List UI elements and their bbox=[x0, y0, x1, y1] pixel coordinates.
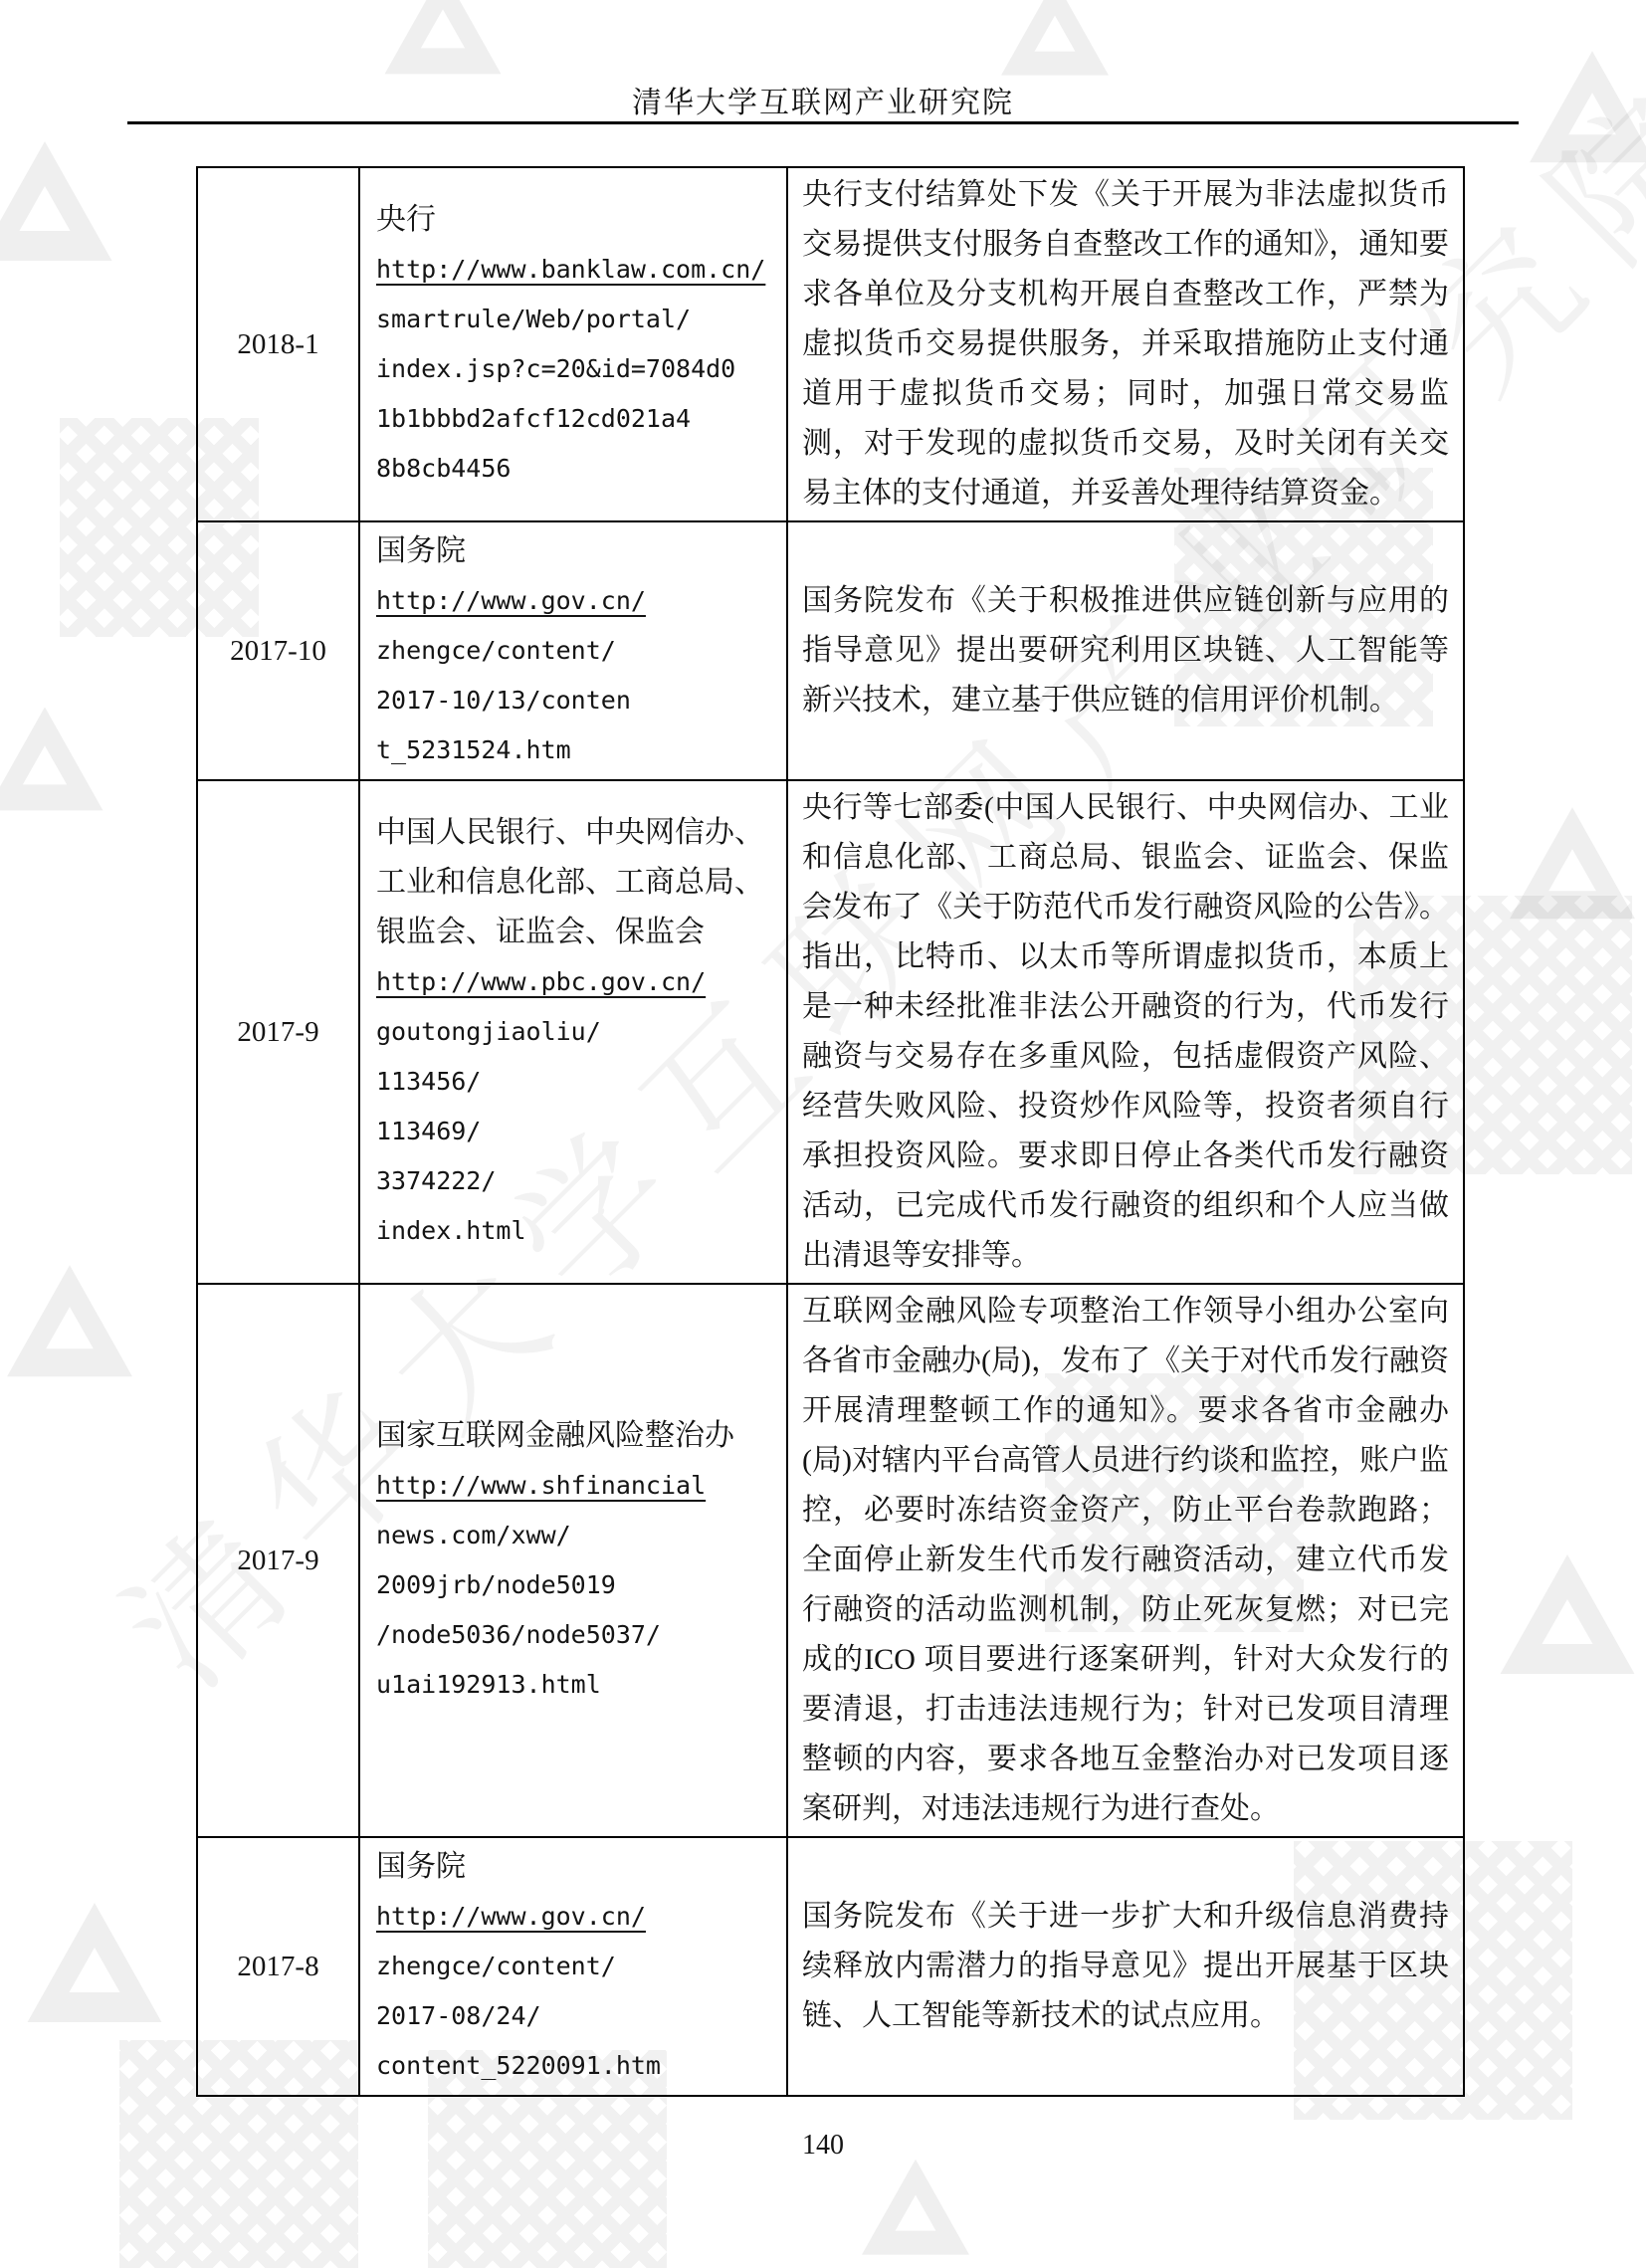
description-cell: 互联网金融风险专项整治工作领导小组办公室向各省市金融办(局)，发布了《关于对代币… bbox=[787, 1284, 1464, 1837]
source-org: 中国人民银行、中央网信办、工业和信息化部、工商总局、银监会、证监会、保监会 bbox=[376, 808, 778, 957]
document-page: 清华大学互联网产业研究院 bbox=[0, 0, 1646, 2268]
date-cell: 2017-9 bbox=[197, 1284, 359, 1837]
brand-triangle-watermark-icon bbox=[1493, 1543, 1642, 1692]
table-row: 2017-9 中国人民银行、中央网信办、工业和信息化部、工商总局、银监会、证监会… bbox=[197, 780, 1464, 1284]
source-org: 央行 bbox=[376, 195, 778, 245]
source-cell: 国务院 http://www.gov.cn/ zhengce/content/ … bbox=[359, 1837, 787, 2096]
source-link[interactable]: http://www.shfinancial bbox=[376, 1461, 778, 1511]
source-url-continuation: zhengce/content/ 2017-10/13/conten t_523… bbox=[376, 626, 778, 775]
source-url-continuation: goutongjiaoliu/ 113456/ 113469/ 3374222/… bbox=[376, 1007, 778, 1256]
description-cell: 国务院发布《关于进一步扩大和升级信息消费持续释放内需潜力的指导意见》提出开展基于… bbox=[787, 1837, 1464, 2096]
source-cell: 国务院 http://www.gov.cn/ zhengce/content/ … bbox=[359, 521, 787, 780]
table-row: 2018-1 央行 http://www.banklaw.com.cn/ sma… bbox=[197, 167, 1464, 521]
brand-triangle-watermark-icon bbox=[0, 129, 119, 279]
brand-triangle-watermark-icon bbox=[20, 1891, 169, 2040]
source-cell: 国家互联网金融风险整治办 http://www.shfinancial news… bbox=[359, 1284, 787, 1837]
source-url-continuation: smartrule/Web/portal/ index.jsp?c=20&id=… bbox=[376, 295, 778, 494]
page-number: 140 bbox=[0, 2130, 1646, 2162]
source-org: 国务院 bbox=[376, 1842, 778, 1892]
source-cell: 央行 http://www.banklaw.com.cn/ smartrule/… bbox=[359, 167, 787, 521]
source-link[interactable]: http://www.gov.cn/ bbox=[376, 1892, 778, 1942]
date-cell: 2017-10 bbox=[197, 521, 359, 780]
date-cell: 2018-1 bbox=[197, 167, 359, 521]
brand-triangle-watermark-icon bbox=[0, 697, 109, 826]
source-org: 国家互联网金融风险整治办 bbox=[376, 1411, 778, 1461]
brand-triangle-watermark-icon bbox=[1503, 796, 1642, 935]
source-link[interactable]: http://www.pbc.gov.cn/ bbox=[376, 957, 778, 1007]
brand-triangle-watermark-icon bbox=[0, 1254, 139, 1393]
source-link[interactable]: http://www.banklaw.com.cn/ bbox=[376, 245, 778, 295]
date-cell: 2017-9 bbox=[197, 780, 359, 1284]
policy-table: 2018-1 央行 http://www.banklaw.com.cn/ sma… bbox=[196, 166, 1465, 2097]
table-row: 2017-10 国务院 http://www.gov.cn/ zhengce/c… bbox=[197, 521, 1464, 780]
date-cell: 2017-8 bbox=[197, 1837, 359, 2096]
brand-triangle-watermark-icon bbox=[378, 0, 508, 90]
description-cell: 国务院发布《关于积极推进供应链创新与应用的指导意见》提出要研究利用区块链、人工智… bbox=[787, 521, 1464, 780]
source-link[interactable]: http://www.gov.cn/ bbox=[376, 576, 778, 626]
source-url-continuation: zhengce/content/ 2017-08/24/ content_522… bbox=[376, 1942, 778, 2091]
description-cell: 央行等七部委(中国人民银行、中央网信办、工业和信息化部、工商总局、银监会、证监会… bbox=[787, 780, 1464, 1284]
source-url-continuation: news.com/xww/ 2009jrb/node5019 /node5036… bbox=[376, 1511, 778, 1710]
source-cell: 中国人民银行、中央网信办、工业和信息化部、工商总局、银监会、证监会、保监会 ht… bbox=[359, 780, 787, 1284]
source-org: 国务院 bbox=[376, 526, 778, 576]
header-divider bbox=[127, 121, 1519, 124]
table-row: 2017-9 国家互联网金融风险整治办 http://www.shfinanci… bbox=[197, 1284, 1464, 1837]
page-header-title: 清华大学互联网产业研究院 bbox=[0, 78, 1646, 121]
table-row: 2017-8 国务院 http://www.gov.cn/ zhengce/co… bbox=[197, 1837, 1464, 2096]
description-cell: 央行支付结算处下发《关于开展为非法虚拟货币交易提供支付服务自查整改工作的通知》，… bbox=[787, 167, 1464, 521]
brand-triangle-watermark-icon bbox=[856, 2150, 975, 2268]
brand-triangle-watermark-icon bbox=[995, 0, 1115, 90]
